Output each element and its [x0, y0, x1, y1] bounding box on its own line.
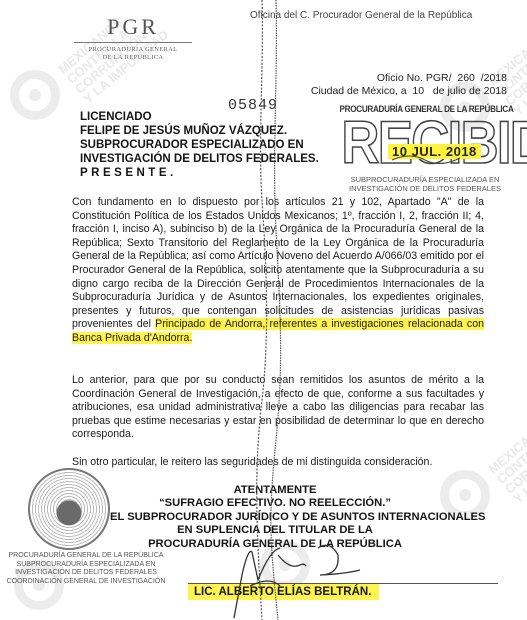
stamp-date: 10 JUL. 2018	[388, 144, 481, 159]
logo-divider	[74, 42, 192, 43]
addressee-position: SUBPROCURADOR ESPECIALIZADO EN	[80, 138, 319, 152]
body-paragraph-3: Sin otro particular, le reitero las segu…	[72, 456, 484, 470]
seal-footer-line: SUBPROCURADURÍA ESPECIALIZADA EN	[6, 561, 166, 570]
document-date: Ciudad de México, a 10 de julio de 2018	[311, 85, 507, 97]
watermark-text: MEXICANOS	[486, 398, 527, 476]
addressee-title: LICENCIADO	[80, 110, 319, 124]
watermark-text: CONTRA LA	[494, 408, 527, 486]
closing-position: PROCURADURÍA GENERAL DE LA REPÚBLICA	[110, 538, 440, 551]
addressee-position: INVESTIGACIÓN DE DELITOS FEDERALES.	[80, 152, 319, 166]
paragraph-text: Con fundamento en lo dispuesto por los a…	[72, 196, 484, 330]
closing-position: EN SUPLENCIA DEL TITULAR DE LA	[110, 524, 440, 537]
seal-footer: PROCURADURÍA GENERAL DE LA REPÚBLICA SUB…	[6, 552, 166, 586]
closing-atentamente: ATENTAMENTE	[110, 484, 440, 497]
addressee-presente: PRESENTE.	[80, 166, 319, 180]
closing-motto: “SUFRAGIO EFECTIVO. NO REELECCIÓN.”	[110, 497, 440, 510]
stamp-footer-line: SUBPROCURADURÍA ESPECIALIZADA EN	[330, 175, 520, 184]
body-paragraph-2: Lo anterior, para que por su conducto se…	[72, 374, 484, 442]
body-paragraph-1: Con fundamento en lo dispuesto por los a…	[72, 196, 484, 346]
stamp-footer: SUBPROCURADURÍA ESPECIALIZADA EN INVESTI…	[330, 175, 520, 193]
oficio-number: Oficio No. PGR/ 260 /2018	[377, 72, 507, 84]
addressee-name: FELIPE DE JESÚS MUÑOZ VÁZQUEZ.	[80, 124, 319, 138]
closing-position: EL SUBPROCURADOR JURÍDICO Y DE ASUNTOS I…	[110, 511, 440, 524]
received-stamp: PROCURADURÍA GENERAL DE LA REPÚBLICA REC…	[330, 104, 520, 196]
seal-footer-line: COORDINACIÓN GENERAL DE INVESTIGACIÓN	[6, 578, 166, 587]
watermark-text: Y LA IMPUNIDAD	[511, 428, 527, 506]
watermark-ring-icon	[10, 70, 60, 120]
signer-name: LIC. ALBERTO ELÍAS BELTRÁN.	[188, 584, 379, 600]
signature-icon	[234, 545, 360, 618]
logo-subtitle-line: DE LA REPUBLICA	[70, 54, 196, 62]
stamp-recibido: RECIBIDO	[341, 112, 508, 174]
pgr-logo: PGR	[88, 14, 178, 40]
logo-subtitle-line: PROCURADURIA GENERAL	[70, 46, 196, 54]
watermark-text: CORRUPCIÓN	[503, 418, 527, 496]
national-seal-icon	[28, 468, 110, 550]
stamp-footer-line: INVESTIGACIÓN DE DELITOS FEDERALES	[330, 184, 520, 193]
seal-footer-line: INVESTIGACIÓN DE DELITOS FEDERALES	[6, 569, 166, 578]
addressee-block: LICENCIADO FELIPE DE JESÚS MUÑOZ VÁZQUEZ…	[80, 110, 319, 180]
seal-footer-line: PROCURADURÍA GENERAL DE LA REPÚBLICA	[6, 552, 166, 561]
closing-block: ATENTAMENTE “SUFRAGIO EFECTIVO. NO REELE…	[110, 484, 440, 551]
office-name: Oficina del C. Procurador General de la …	[250, 10, 472, 21]
logo-subtitle: PROCURADURIA GENERAL DE LA REPUBLICA	[70, 46, 196, 62]
